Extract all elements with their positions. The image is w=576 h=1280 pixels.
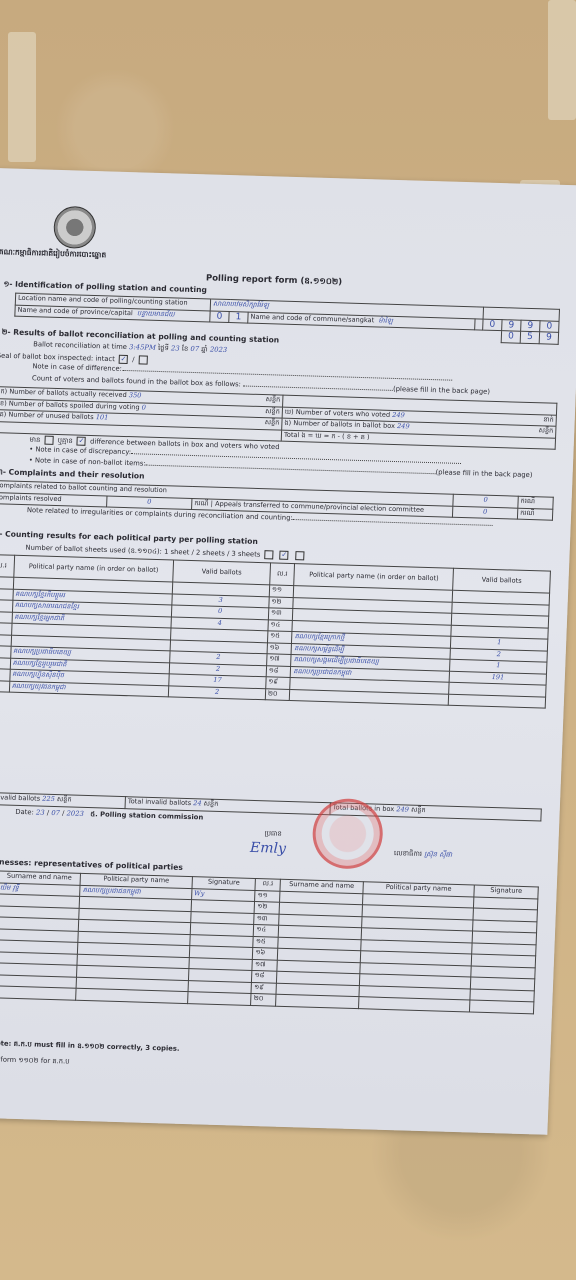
sheets-2-checkbox[interactable]: ✓ <box>280 551 289 560</box>
sheets-1-checkbox[interactable] <box>264 550 273 559</box>
vote-count: 2 <box>169 685 266 699</box>
row-number: ៧ <box>0 645 11 657</box>
commune-value: ម៉ាឡៃ <box>378 316 393 324</box>
section3-heading: ៣- Complaints and their resolution <box>0 468 145 481</box>
form-title: Polling report form (ឧ.១១០២) <box>206 274 343 288</box>
row-number: ១៩ <box>266 677 291 689</box>
wall-plaster-patch <box>8 32 36 162</box>
row-number: ៣ <box>0 599 12 611</box>
chair-label: ប្រធាន <box>264 830 281 838</box>
seal-not-intact-checkbox[interactable] <box>138 355 147 364</box>
row-number: ៤ <box>0 611 12 623</box>
ballots-spoiled-value: 0 <box>142 403 147 411</box>
witness-party <box>358 997 470 1012</box>
row-number: ១៧ <box>267 654 292 666</box>
footer-note: Note: គ.ក.ប must fill in ឧ.១១០២ correctl… <box>0 1040 180 1053</box>
official-stamp-icon <box>311 798 384 870</box>
appeals-transferred-value: 0 <box>452 506 517 519</box>
row-number: ១៤ <box>268 619 293 631</box>
secretary-line: លេខាធិការ ស្រ៊ុន ស៊ីផា <box>394 850 452 860</box>
station-code-digit: 9 <box>539 332 558 344</box>
row-number: ១០ <box>0 680 9 692</box>
vote-count <box>449 694 546 708</box>
row-number: ១៣ <box>254 913 279 925</box>
org-header: គណៈកម្មាធិការជាតិរៀបចំការបោះឆ្នោត <box>0 248 106 260</box>
complaints-resolved-value: 0 <box>107 495 192 509</box>
row-number: ១៥ <box>253 936 278 948</box>
row-number: ៩ <box>0 668 10 680</box>
row-number: ១៩ <box>251 982 276 994</box>
total-invalid-value: 24 <box>193 800 202 808</box>
row-number: ២០ <box>251 993 276 1005</box>
commune-code-digit: 0 <box>483 319 502 331</box>
row-number: ១២ <box>269 596 294 608</box>
row-number: ១៨ <box>266 665 291 677</box>
discrepancy-has-checkbox[interactable] <box>44 436 53 445</box>
total-valid-value: 225 <box>42 795 55 803</box>
commune-code-digit: 0 <box>540 320 559 332</box>
row-number: ១ <box>0 577 13 589</box>
date-line: Date: 23 / 07 / 2023 ៥. Polling station … <box>15 809 203 822</box>
footer-form: Copy 1 of form ១១០២ for គ.ក.ប <box>0 1056 70 1067</box>
row-number: ១៦ <box>267 642 292 654</box>
commune-code-digit: 9 <box>502 319 521 331</box>
row-number: ១១ <box>255 890 280 902</box>
row-number: ៦ <box>0 634 11 646</box>
commune-code-digit: 9 <box>521 320 540 332</box>
witness-table: ល.រ Surname and name Political party nam… <box>0 870 539 1014</box>
province-code-digit: 0 <box>210 310 229 322</box>
year-value: 2023 <box>210 345 228 354</box>
row-number: ២ <box>0 588 13 600</box>
total-in-box-value: 249 <box>396 806 409 814</box>
row-number: ១៦ <box>253 948 278 960</box>
row-number: ១៤ <box>254 925 279 937</box>
ballots-received-value: 350 <box>129 392 142 400</box>
witness-sign <box>470 1000 534 1013</box>
wall-plaster-patch <box>548 0 576 120</box>
row-number: ១៨ <box>252 970 277 982</box>
ballots-unused-value: 101 <box>96 414 109 422</box>
station-code-digit: 0 <box>501 331 520 343</box>
witness-name <box>276 994 359 1008</box>
election-form-paper: គណៈកម្មាធិការជាតិរៀបចំការបោះឆ្នោត Pollin… <box>0 168 576 1135</box>
voters-voted-value: 249 <box>392 411 405 419</box>
row-number: ២០ <box>265 688 290 700</box>
time-value: 3:45PM <box>129 343 156 352</box>
row-number: ១៧ <box>252 959 277 971</box>
row-number: ១៣ <box>268 608 293 620</box>
row-number: ១១ <box>269 585 294 597</box>
province-code-digit: 1 <box>229 311 248 323</box>
row-number: ៥ <box>0 622 12 634</box>
chair-signature: Emly <box>250 840 286 857</box>
witness-name <box>0 986 76 1000</box>
month-value: 07 <box>190 345 199 353</box>
ballots-in-box-value: 249 <box>397 423 410 431</box>
sheets-3-checkbox[interactable] <box>295 551 304 560</box>
witness-party <box>76 988 188 1003</box>
station-code-digit: 5 <box>520 331 539 343</box>
row-number: ១២ <box>255 902 280 914</box>
witness-sign <box>187 992 251 1005</box>
province-value: បន្ទាយមានជ័យ <box>137 309 175 318</box>
discrepancy-none-checkbox[interactable]: ✓ <box>77 437 86 446</box>
row-number: ៨ <box>0 657 10 669</box>
nec-logo-icon <box>53 206 97 249</box>
party-results-table: ល.រ Political party name (in order on ba… <box>0 554 551 709</box>
seal-intact-checkbox[interactable]: ✓ <box>119 355 128 364</box>
row-number: ១៥ <box>267 631 292 643</box>
day-value: 23 <box>171 344 180 352</box>
